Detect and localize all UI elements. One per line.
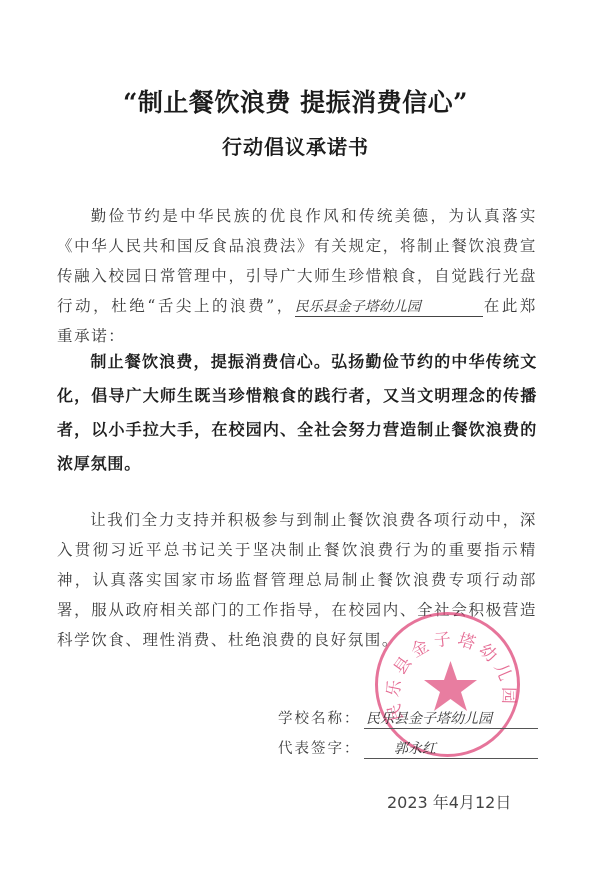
document-title: “制止餐饮浪费 提振消费信心” (0, 83, 591, 119)
paragraph-intro: 勤俭节约是中华民族的优良作风和传统美德，为认真落实《中华人民共和国反食品浪费法》… (57, 201, 537, 351)
document-date: 2023 年4月12日 (387, 790, 511, 813)
representative-row: 代表签字：郭永红 (278, 737, 538, 759)
action-text: 让我们全力支持并积极参与到制止餐饮浪费各项行动中，深入贯彻习近平总书记关于坚决制… (57, 511, 537, 649)
school-name-value: 民乐县金子塔幼儿园 (364, 708, 538, 729)
paragraph-action: 让我们全力支持并积极参与到制止餐饮浪费各项行动中，深入贯彻习近平总书记关于坚决制… (57, 505, 537, 655)
star-icon (424, 661, 477, 711)
school-name-label: 学校名称： (278, 707, 364, 728)
document-subtitle: 行动倡议承诺书 (0, 131, 591, 160)
representative-label: 代表签字： (278, 737, 364, 758)
paragraph-commitment: 制止餐饮浪费，提振消费信心。弘扬勤俭节约的中华传统文化，倡导广大师生既当珍惜粮食… (57, 345, 537, 481)
school-name-row: 学校名称：民乐县金子塔幼儿园 (278, 707, 538, 729)
handwritten-school-name: 民乐县金子塔幼儿园 (295, 298, 483, 317)
representative-signature: 郭永红 (364, 738, 538, 759)
commitment-text: 制止餐饮浪费，提振消费信心。弘扬勤俭节约的中华传统文化，倡导广大师生既当珍惜粮食… (57, 352, 537, 473)
